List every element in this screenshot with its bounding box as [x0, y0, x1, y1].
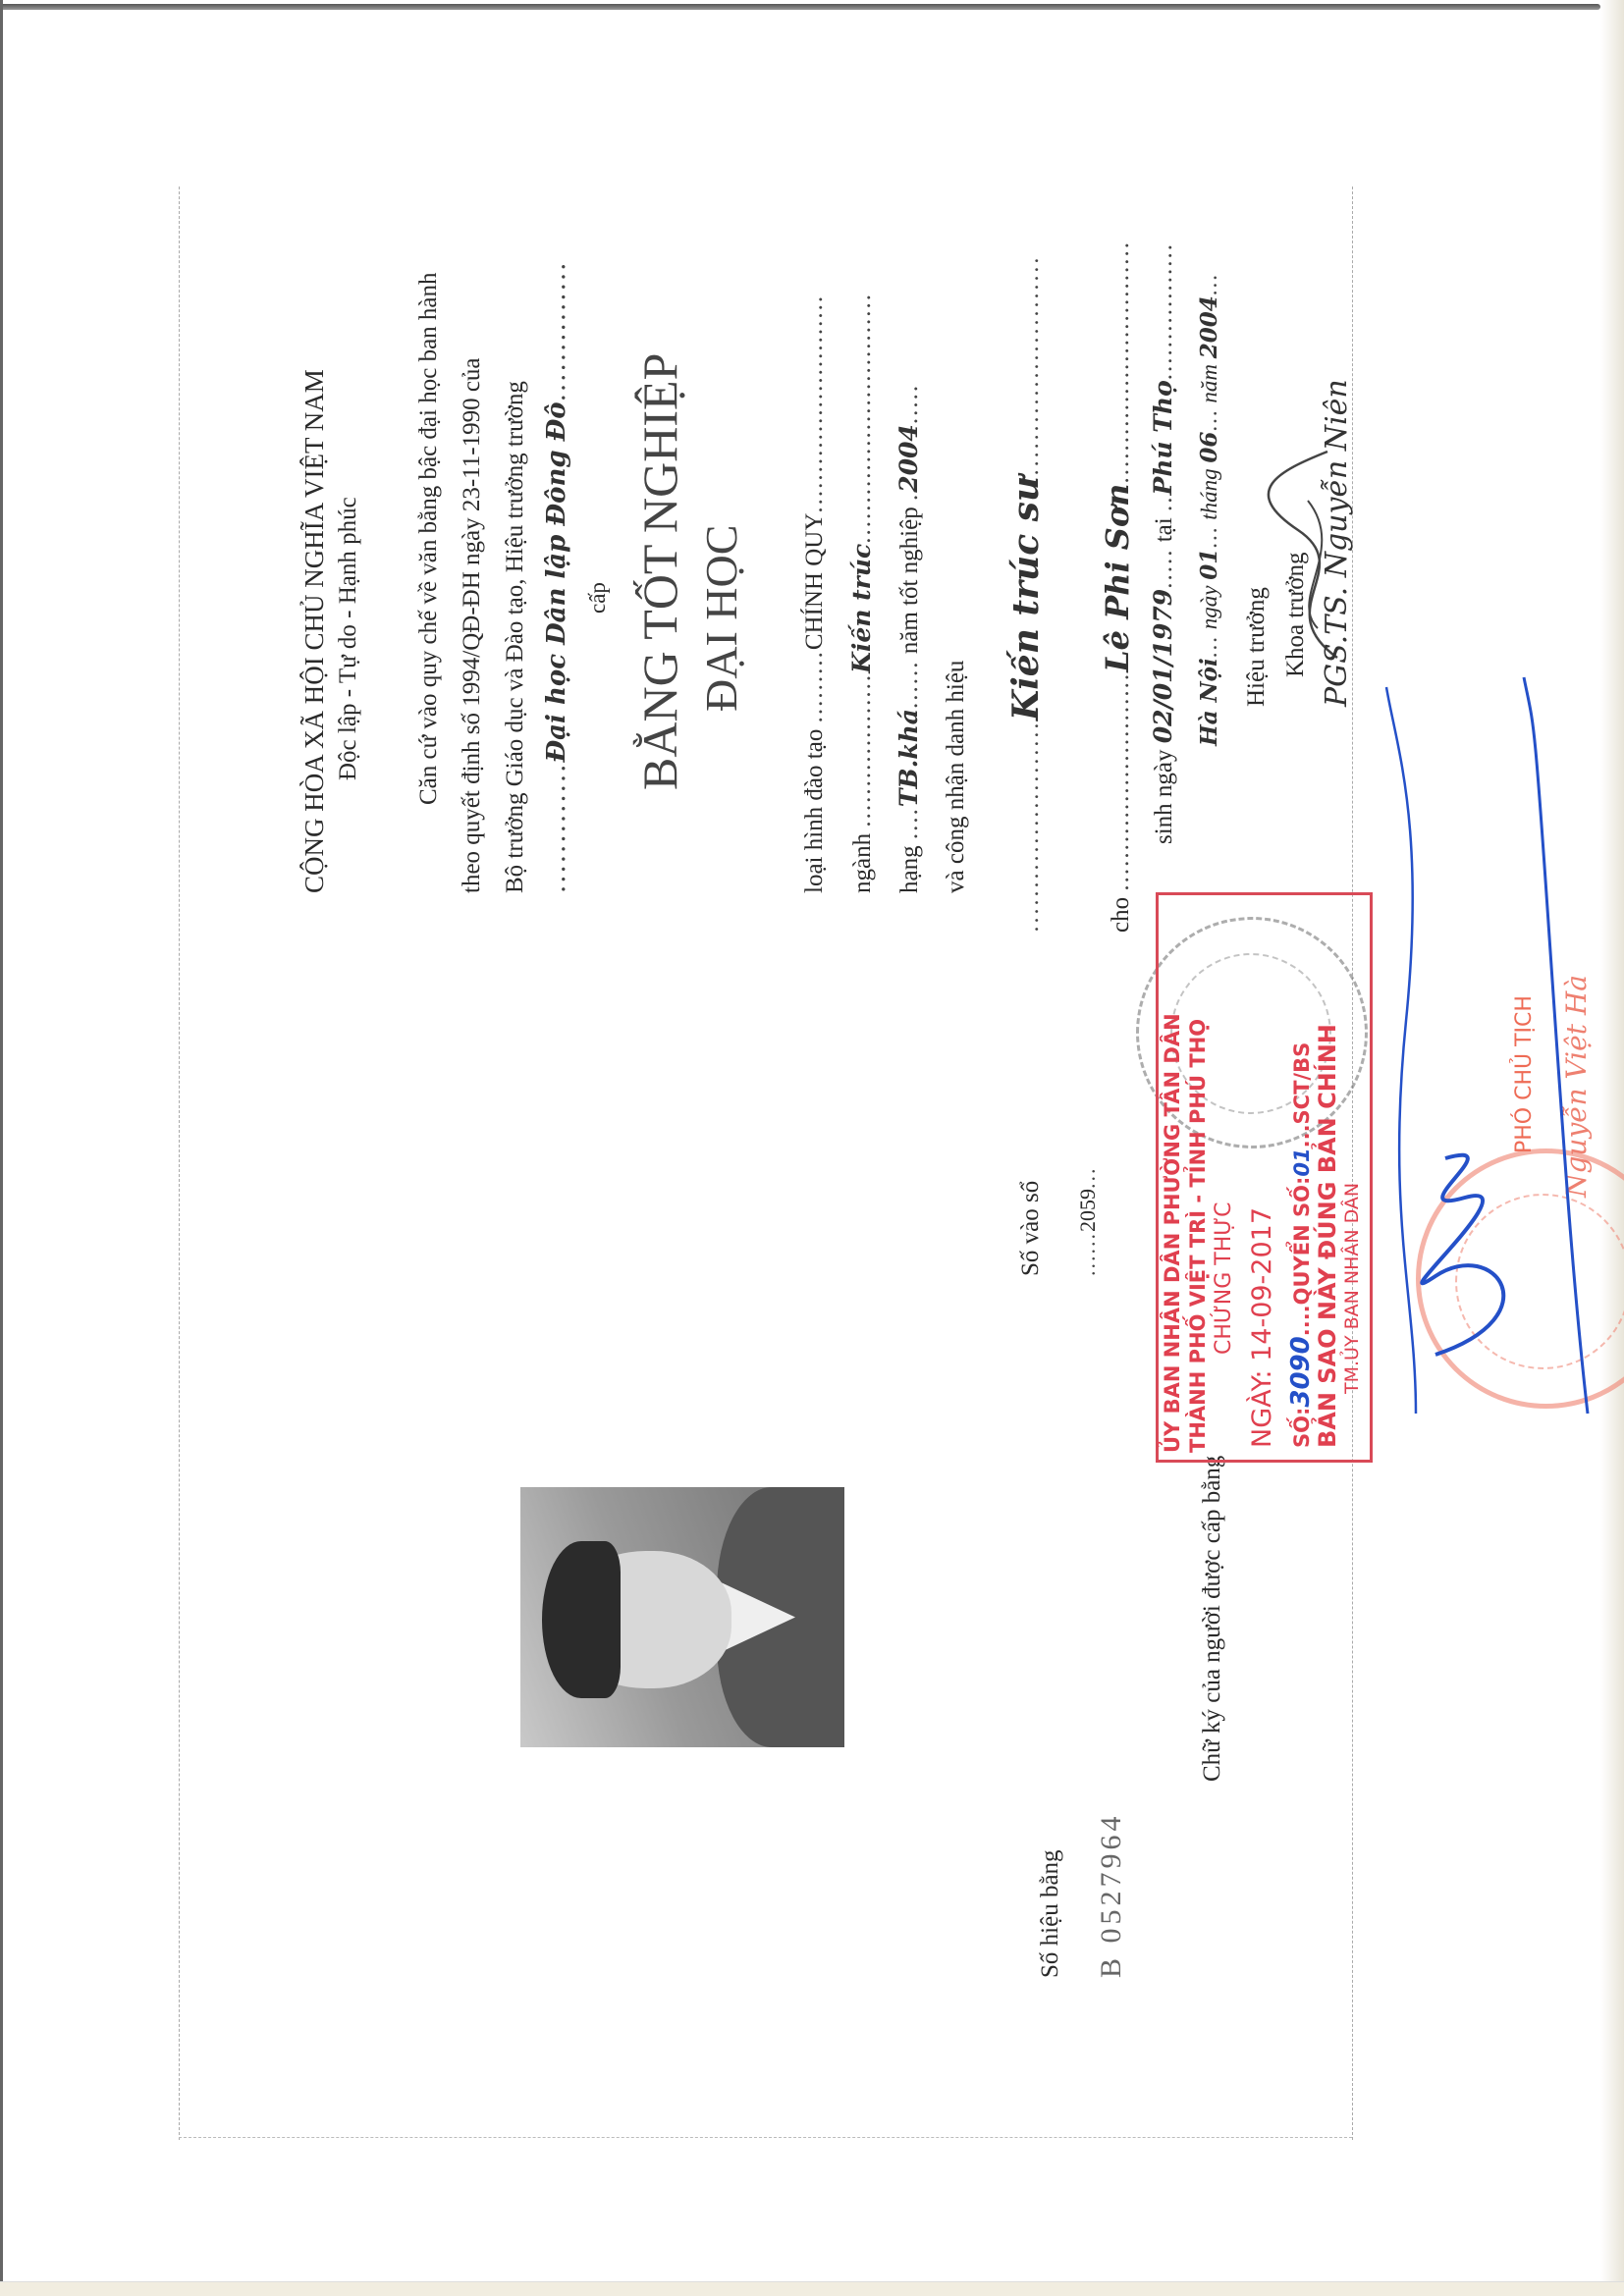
birthplace-value: Phú Thọ [1149, 380, 1177, 495]
book-number-label: Số vào sổ [1018, 1181, 1043, 1276]
issue-day-label: ngày [1197, 586, 1221, 630]
diploma-subtitle: ĐẠI HỌC [699, 525, 744, 712]
issue-date-row: Hà Nội... ngày 01... tháng 06... năm 200… [1198, 273, 1220, 746]
recipient-row: cho ...........................Lê Phi Sơ… [1102, 240, 1133, 933]
stamp-date: 14-09-2017 [1247, 1207, 1277, 1362]
stamp-number: 3090 [1286, 1336, 1316, 1407]
stamp-book-suffix: SCT/BS [1290, 1042, 1314, 1125]
recipient-name: Lê Phi Sơn [1099, 484, 1136, 672]
diploma-title: BẰNG TỐT NGHIỆP [635, 353, 684, 790]
stamp-line-1: ỦY BAN NHÂN DÂN PHƯỜNG TÂN DÂN [1163, 1013, 1183, 1453]
diploma-certificate: Số hiệu bằng B 0527964 Số vào sổ ......2… [169, 177, 1367, 2140]
stamp-number-row: SỐ:3090....QUYỂN SỐ:01...SCT/BS [1288, 1042, 1314, 1448]
major-row: ngành ...................Kiến trúc......… [849, 293, 875, 893]
official-signature [1377, 667, 1624, 1433]
stamp-line-3: CHỨNG THỰC [1214, 1202, 1235, 1356]
nation-header: CỘNG HÒA XÃ HỘI CHỦ NGHĨA VIỆT NAM [301, 369, 328, 893]
title-row: ........................Kiến trúc sư....… [1008, 255, 1045, 933]
issue-month: 06 [1196, 432, 1222, 463]
major-label: ngành [849, 833, 876, 893]
book-number-value: 2059 [1075, 1189, 1100, 1232]
issue-day: 01 [1196, 549, 1222, 580]
holder-photo [520, 1487, 844, 1747]
serial-number: B 0527964 [1097, 1812, 1126, 1978]
preamble-line-1: Căn cứ vào quy chế về văn bằng bậc đại h… [416, 272, 441, 805]
stamp-line-2: THÀNH PHỐ VIỆT TRÌ - TỈNH PHÚ THỌ [1188, 1019, 1209, 1453]
major-value: Kiến trúc [847, 544, 876, 673]
stamp-statement: BẢN SAO NÀY ĐÚNG BẢN CHÍNH [1316, 1024, 1339, 1448]
issuing-school-name: Đại học Dân lập Đông Đô [542, 401, 571, 762]
issue-year: 2004 [1196, 295, 1222, 358]
issue-year-label: năm [1197, 364, 1221, 403]
scan-edge-left [0, 0, 3, 2296]
training-type-label: loại hình đào tạo [801, 729, 828, 893]
grad-year-label: năm tốt nghiệp [896, 507, 923, 654]
grad-year-value: 2004 [894, 424, 923, 493]
issuing-school: .............Đại học Dân lập Đông Đô....… [544, 261, 569, 893]
stamp-date-row: NGÀY: 14-09-2017 [1249, 1207, 1275, 1448]
scan-edge-top [0, 4, 1600, 10]
training-type-value: CHÍNH QUY [801, 513, 828, 651]
stamp-book: 01 [1290, 1148, 1314, 1176]
issue-place: Hà Nội [1196, 658, 1222, 746]
preamble-line-2: theo quyết định số 1994/QĐ-ĐH ngày 23-11… [460, 357, 484, 893]
signer-name: PGS.TS. Nguyễn Niên [1323, 379, 1352, 707]
birthplace-label: tại [1151, 517, 1177, 542]
rank-row: hạng ....TB.khá...... năm tốt nghiệp .20… [896, 384, 922, 893]
issues-word: cấp [586, 582, 609, 614]
frame-top-line [179, 187, 180, 2140]
rank-value: TB.khá [894, 709, 923, 807]
stamp-on-behalf: TM.ỦY BAN NHÂN DÂN [1343, 1183, 1362, 1394]
dob-label: sinh ngày [1151, 749, 1177, 844]
preamble-line-3: Bộ trưởng Giáo dục và Đào tạo, Hiệu trưở… [503, 381, 527, 893]
birth-row: sinh ngày 02/01/1979..... tại ..Phú Thọ.… [1151, 242, 1176, 844]
serial-label: Số hiệu bằng [1038, 1849, 1062, 1978]
motto: Độc lập - Tự do - Hạnh phúc [336, 497, 360, 780]
holder-signature-label: Chữ ký của người được cấp bằng [1200, 1456, 1224, 1782]
scan-edge-bottom [0, 2281, 1624, 2296]
stamp-number-label: SỐ: [1290, 1408, 1314, 1448]
stamp-book-label: QUYỂN SỐ: [1290, 1177, 1314, 1306]
rank-label: hạng [896, 845, 923, 893]
issue-month-label: tháng [1197, 468, 1221, 519]
dob-value: 02/01/1979 [1149, 589, 1177, 743]
title-value: Kiến trúc sư [1005, 476, 1047, 721]
recipient-label: cho [1108, 897, 1134, 933]
title-label: và công nhận danh hiệu [944, 661, 968, 893]
frame-left-line [179, 2137, 1352, 2138]
book-number: ......2059... [1077, 1167, 1099, 1277]
stamp-date-label: NGÀY: [1247, 1370, 1277, 1449]
training-type-row: loại hình đào tạo .........CHÍNH QUY....… [802, 294, 827, 893]
